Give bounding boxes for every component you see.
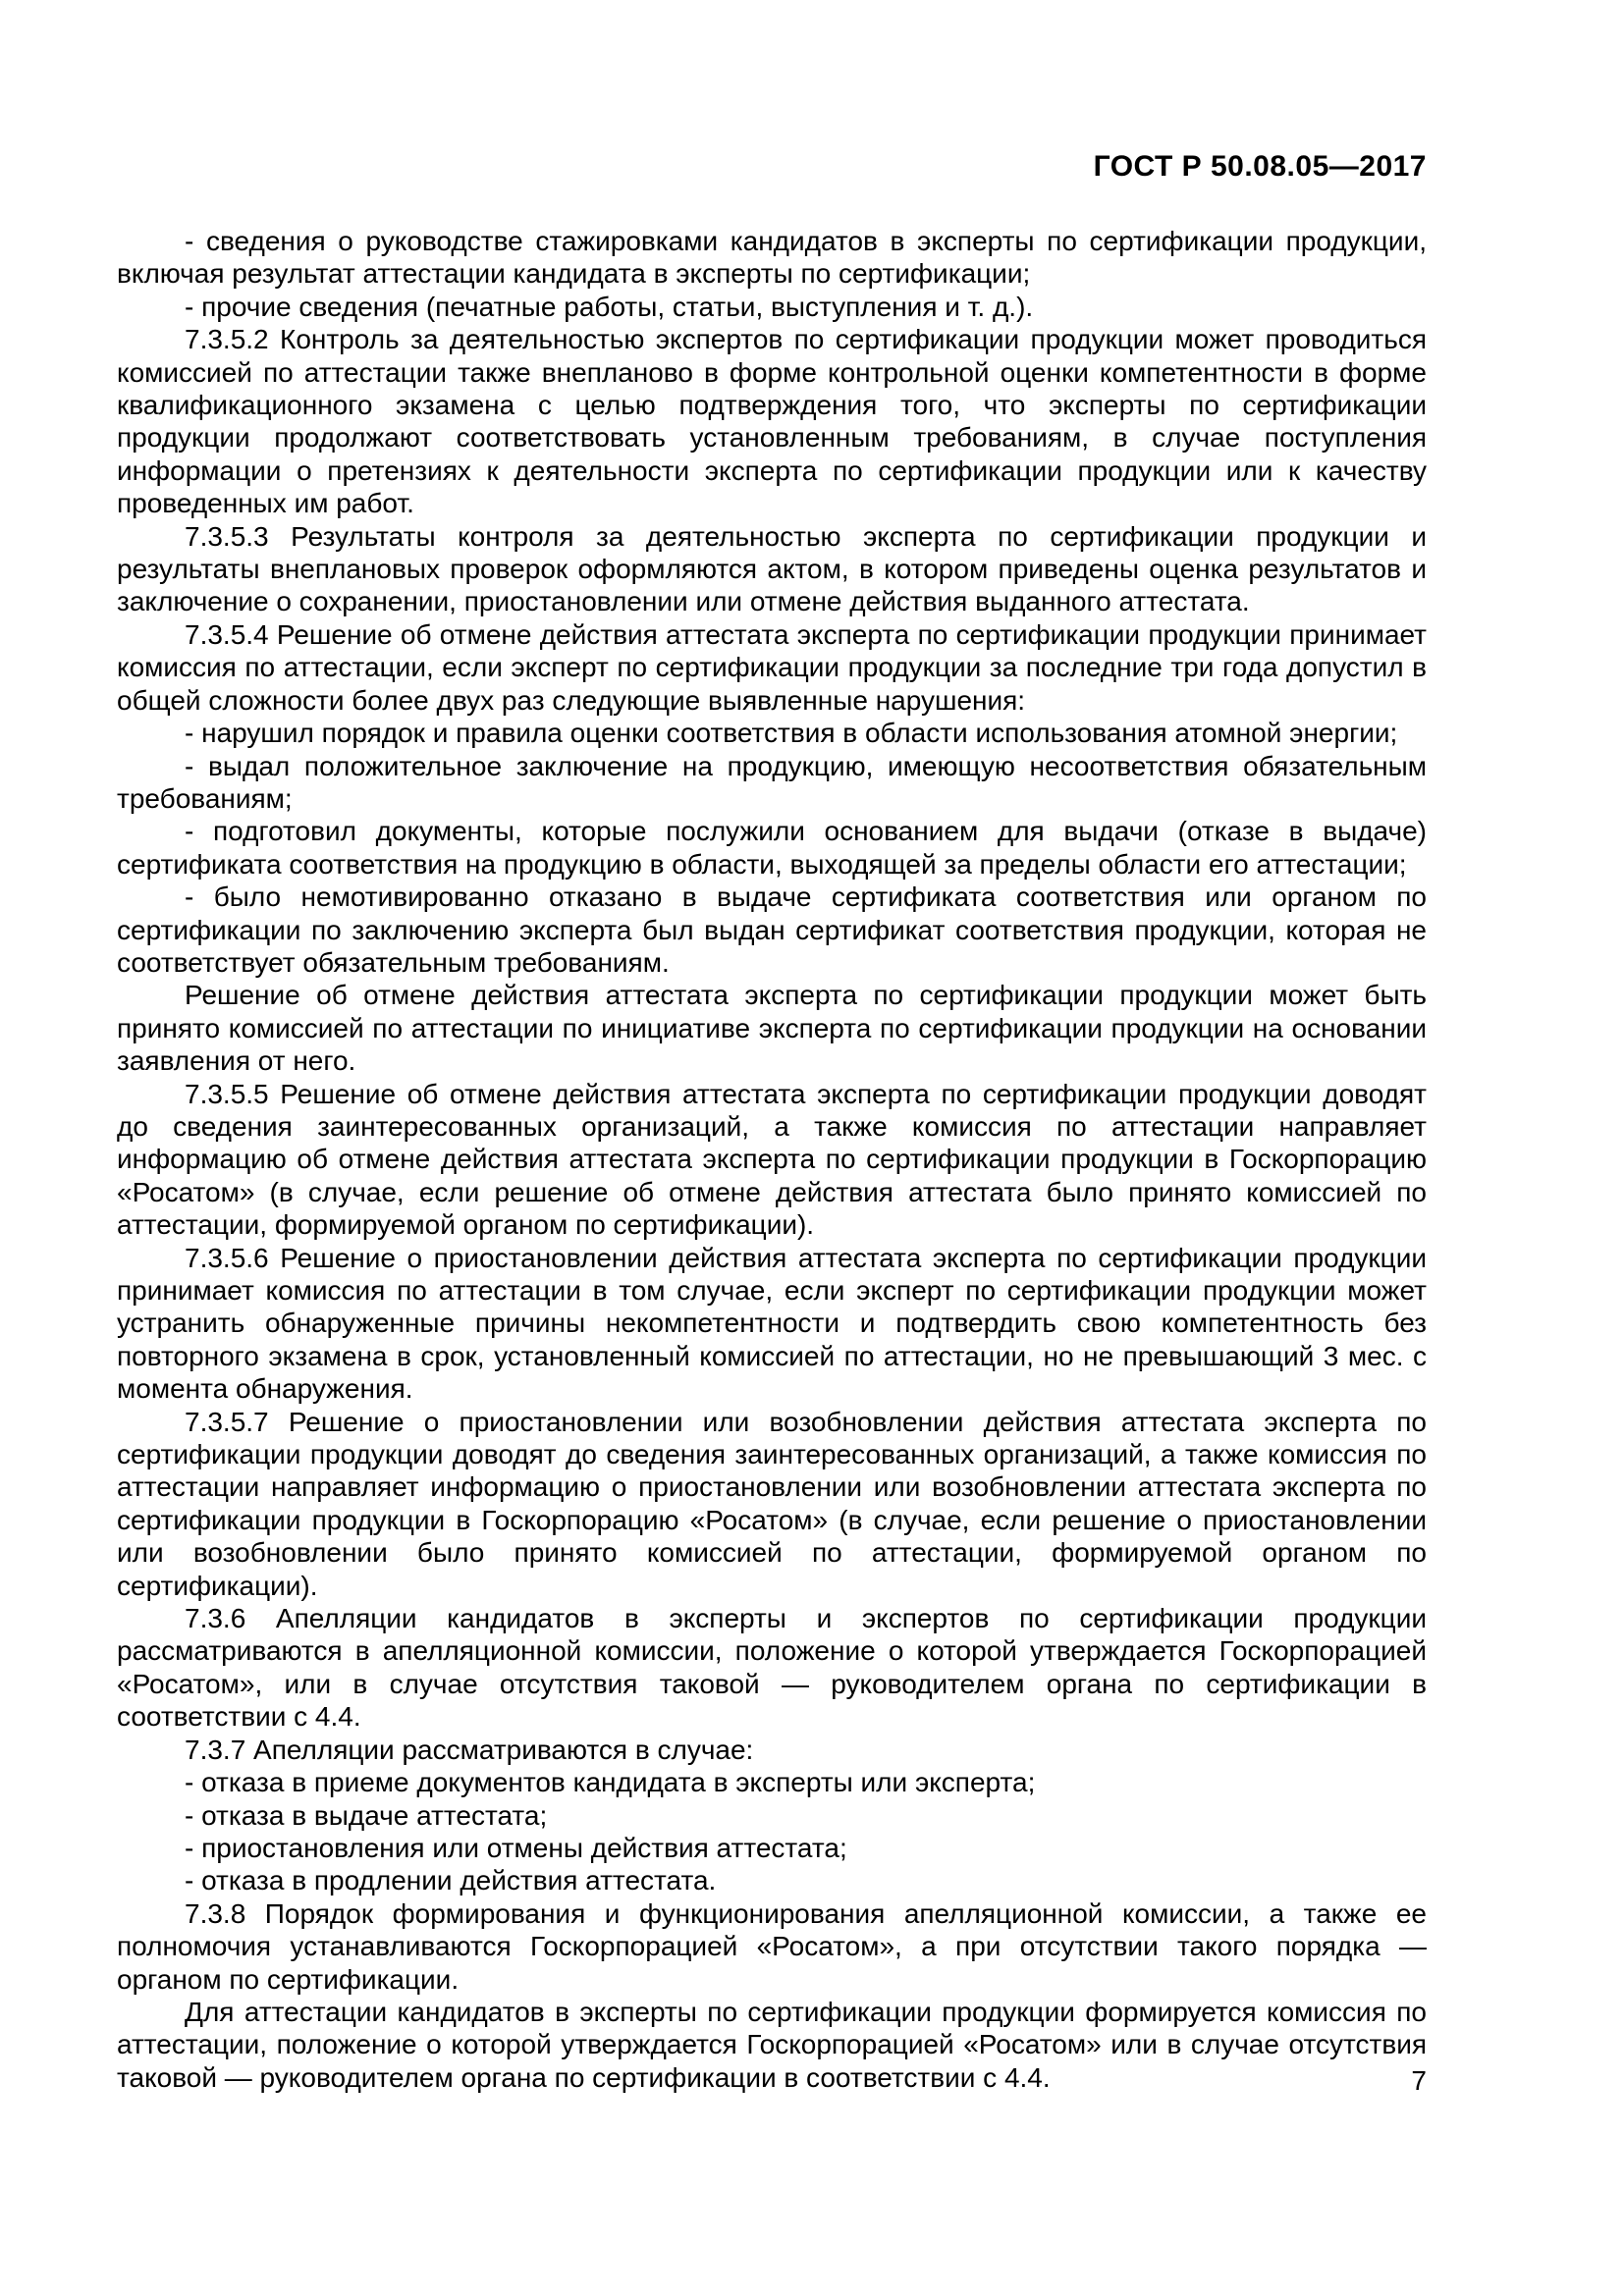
clause-7-3-8: 7.3.8 Порядок формирования и функциониро… bbox=[117, 1897, 1427, 1996]
list-item-violation-4: - было немотивированно отказано в выдаче… bbox=[117, 881, 1427, 979]
clause-7-3-5-6: 7.3.5.6 Решение о приостановлении действ… bbox=[117, 1242, 1427, 1406]
list-item-violation-3: - подготовил документы, которые послужил… bbox=[117, 815, 1427, 881]
list-item-violation-1: - нарушил порядок и правила оценки соотв… bbox=[117, 717, 1427, 749]
clause-7-3-5-7: 7.3.5.7 Решение о приостановлении или во… bbox=[117, 1406, 1427, 1602]
clause-7-3-5-4: 7.3.5.4 Решение об отмене действия аттес… bbox=[117, 618, 1427, 717]
clause-7-3-6: 7.3.6 Апелляции кандидатов в эксперты и … bbox=[117, 1602, 1427, 1734]
document-code-header: ГОСТ Р 50.08.05—2017 bbox=[1094, 150, 1427, 184]
clause-7-3-5-2: 7.3.5.2 Контроль за деятельностью экспер… bbox=[117, 323, 1427, 519]
paragraph-revocation-note: Решение об отмене действия аттестата экс… bbox=[117, 979, 1427, 1077]
clause-7-3-7: 7.3.7 Апелляции рассматриваются в случае… bbox=[117, 1734, 1427, 1766]
list-item-violation-2: - выдал положительное заключение на прод… bbox=[117, 750, 1427, 816]
document-page: ГОСТ Р 50.08.05—2017 - сведения о руково… bbox=[0, 0, 1624, 2296]
list-item-other-info: - прочие сведения (печатные работы, стат… bbox=[117, 291, 1427, 323]
clause-7-3-5-3: 7.3.5.3 Результаты контроля за деятельно… bbox=[117, 520, 1427, 618]
list-item-training-info: - сведения о руководстве стажировками ка… bbox=[117, 225, 1427, 291]
document-body: - сведения о руководстве стажировками ка… bbox=[117, 225, 1427, 2094]
list-item-appeal-1: - отказа в приеме документов кандидата в… bbox=[117, 1766, 1427, 1798]
clause-7-3-5-5: 7.3.5.5 Решение об отмене действия аттес… bbox=[117, 1078, 1427, 1242]
list-item-appeal-3: - приостановления или отмены действия ат… bbox=[117, 1832, 1427, 1864]
page-number: 7 bbox=[1411, 2064, 1427, 2097]
list-item-appeal-4: - отказа в продлении действия аттестата. bbox=[117, 1864, 1427, 1896]
list-item-appeal-2: - отказа в выдаче аттестата; bbox=[117, 1799, 1427, 1832]
paragraph-commission-note: Для аттестации кандидатов в эксперты по … bbox=[117, 1996, 1427, 2094]
